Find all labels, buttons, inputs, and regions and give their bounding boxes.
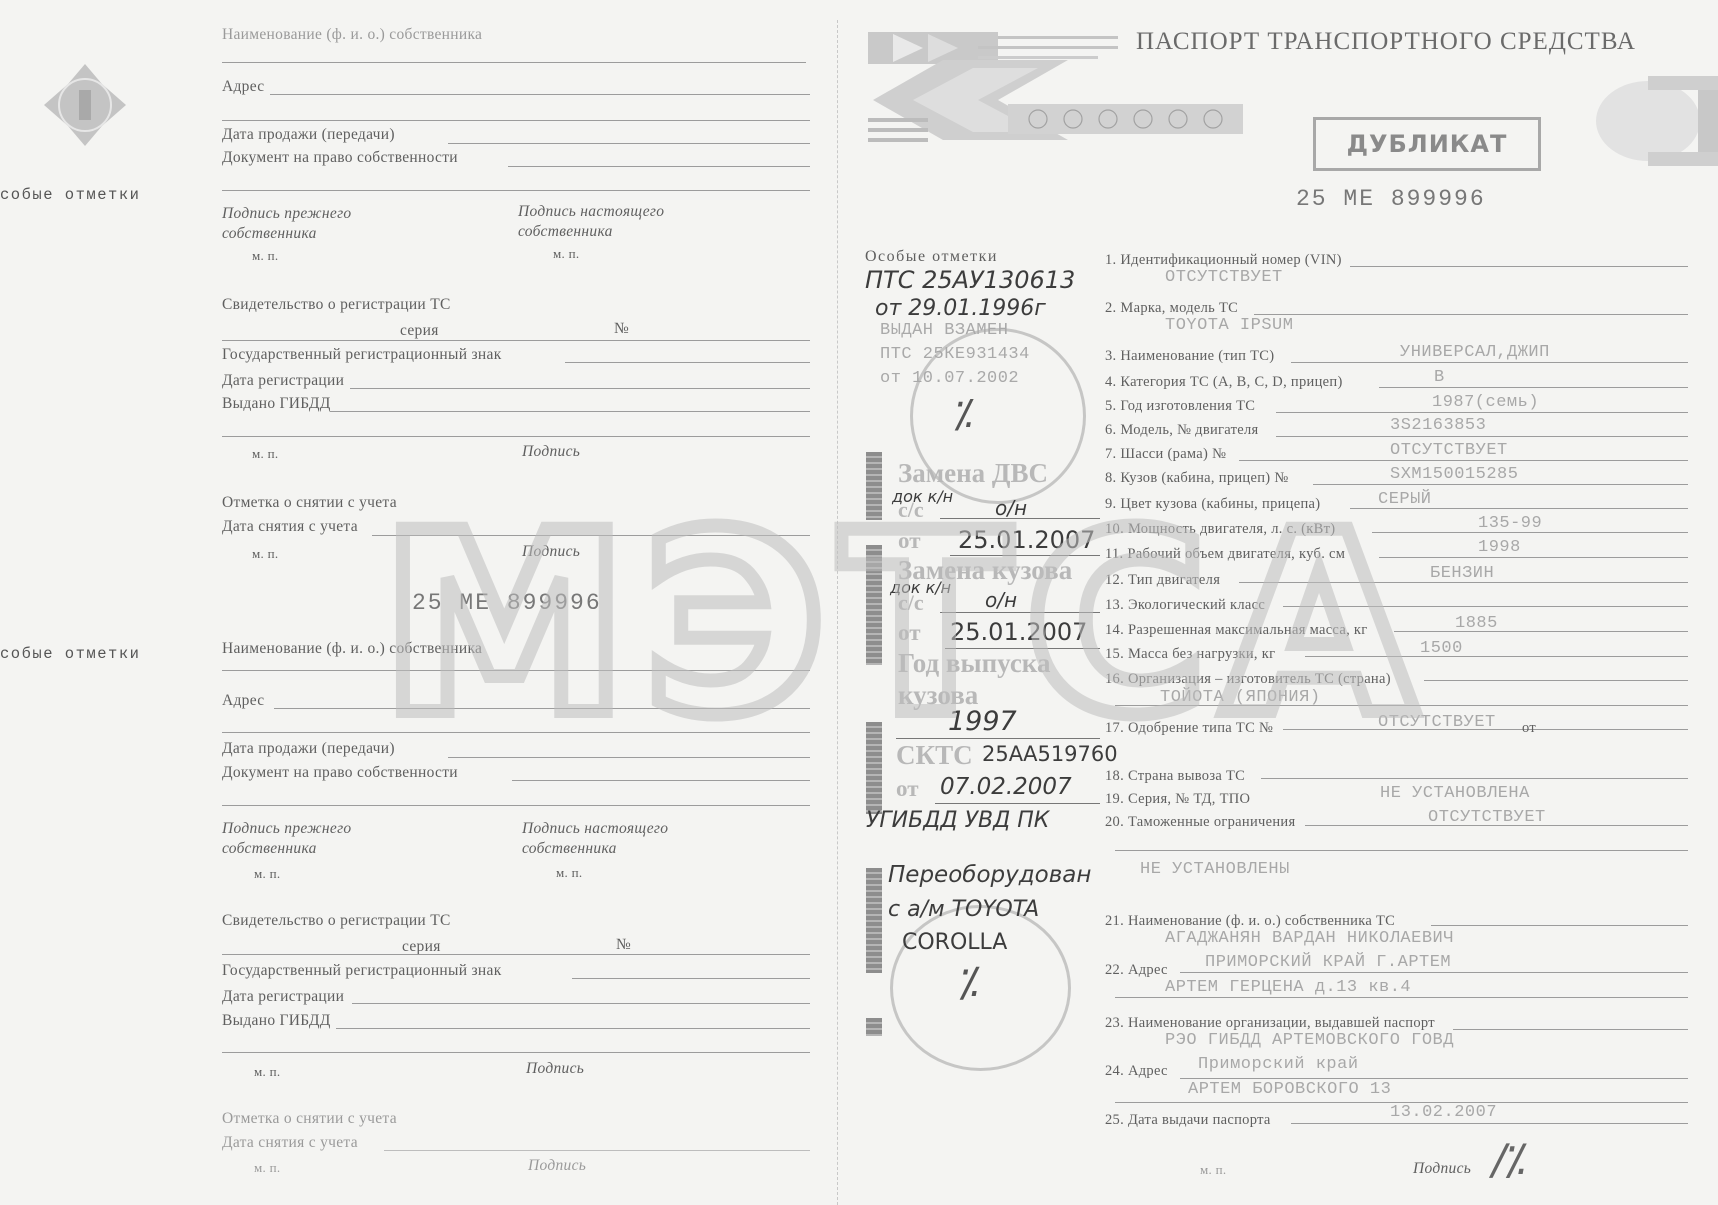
sale-date-label: Дата продажи (передачи) <box>222 126 395 144</box>
field-value-continued: АРТЕМ ГЕРЦЕНА д.13 кв.4 <box>1165 978 1411 997</box>
passport-serial-number: 25 МЕ 899996 <box>1296 186 1486 212</box>
reg-date-field[interactable] <box>350 388 810 389</box>
signature-label: Подпись <box>522 443 580 461</box>
field-line <box>1115 850 1688 851</box>
field-value: 1987(семь) <box>1432 393 1539 412</box>
stamp-strip <box>866 1018 882 1036</box>
issued-by-label: Выдано ГИБДД <box>222 1012 331 1030</box>
field-label: 6. Модель, № двигателя <box>1105 422 1259 439</box>
field-label: 21. Наименование (ф. и. о.) собственника… <box>1105 913 1395 930</box>
address-label: Адрес <box>222 78 264 96</box>
reg-plate-label: Государственный регистрационный знак <box>222 962 502 980</box>
dereg-mark-label: Отметка о снятии с учета <box>222 494 397 512</box>
field-line[interactable] <box>1180 972 1688 973</box>
field-value: ОТСУТСТВУЕТ <box>1428 808 1546 827</box>
field-label: 24. Адрес <box>1105 1063 1168 1080</box>
sale-date-label: Дата продажи (передачи) <box>222 740 395 758</box>
special-marks-heading: Особые отметки <box>865 248 998 266</box>
issuer-signature-scribble: ∕⁒ <box>1492 1135 1525 1184</box>
reg-plate-field[interactable] <box>565 362 810 363</box>
footer-signature-label: Подпись <box>1413 1160 1471 1178</box>
field-line[interactable] <box>1424 680 1688 681</box>
dereg-mark-label: Отметка о снятии с учета <box>222 1110 397 1128</box>
handwritten-old-pts-date: от 29.01.1996г <box>875 296 1046 321</box>
handwritten-old-pts: ПТС 25АУ130613 <box>865 266 1075 294</box>
field-label: 23. Наименование организации, выдавшей п… <box>1105 1015 1435 1032</box>
field-value: 13.02.2007 <box>1390 1103 1497 1122</box>
field-value-continued: НЕ УСТАНОВЛЕНЫ <box>1140 860 1290 879</box>
field-value: TOYOTA IPSUM <box>1165 316 1293 335</box>
field-value: БЕНЗИН <box>1430 564 1494 583</box>
signature-scribble: ⁒ <box>960 960 978 1006</box>
sale-date-field[interactable] <box>448 143 810 144</box>
field-value: ОТСУТСТВУЕТ <box>1165 268 1283 287</box>
field-label: 25. Дата выдачи паспорта <box>1105 1112 1271 1129</box>
field-value: АГАДЖАНЯН ВАРДАН НИКОЛАЕВИЧ <box>1165 929 1454 948</box>
sktc-date: 07.02.2007 <box>940 774 1072 800</box>
field-value: Приморский край <box>1198 1055 1359 1074</box>
corner-emblem-graphic <box>1578 76 1718 166</box>
signature-label: Подпись <box>526 1060 584 1078</box>
series-label: серия <box>400 322 439 340</box>
previous-pts-date: от 10.07.2002 <box>880 369 1019 388</box>
document-title: ПАСПОРТ ТРАНСПОРТНОГО СРЕДСТВА <box>1136 28 1636 56</box>
field-label: 1. Идентификационный номер (VIN) <box>1105 252 1342 269</box>
field-suffix: от <box>1522 720 1536 737</box>
field-label: 3. Наименование (тип ТС) <box>1105 348 1274 365</box>
field-line[interactable] <box>1239 460 1688 461</box>
issued-instead-label: ВЫДАН ВЗАМЕН <box>880 321 1008 340</box>
issued-by-label: Выдано ГИБДД <box>222 395 331 413</box>
field-label: 4. Категория ТС (А, В, С, D, прицеп) <box>1105 374 1343 391</box>
address-field[interactable] <box>270 94 810 95</box>
field-label: 2. Марка, модель ТС <box>1105 300 1238 317</box>
field-line[interactable] <box>1379 387 1688 388</box>
reg-date-label: Дата регистрации <box>222 372 344 390</box>
field-value-continued: АРТЕМ БОРОВСКОГО 13 <box>1188 1080 1391 1099</box>
field-line[interactable] <box>1276 436 1688 437</box>
field-line[interactable] <box>1261 778 1688 779</box>
number-label: № <box>616 936 631 954</box>
field-line[interactable] <box>1276 412 1688 413</box>
field-line[interactable] <box>1394 631 1688 632</box>
field-value: ОТСУТСТВУЕТ <box>1390 441 1508 460</box>
address-label: Адрес <box>222 692 264 710</box>
field-line[interactable] <box>1180 1078 1688 1079</box>
number-label: № <box>614 320 629 338</box>
special-marks-label: собые отметки <box>0 645 140 663</box>
conversion-note: Переоборудован <box>888 862 1091 888</box>
cur-owner-sig-label: Подпись настоящего <box>518 203 664 221</box>
field-value: РЭО ГИБДД АРТЕМОВСКОГО ГОВД <box>1165 1031 1454 1050</box>
special-marks-label: собые отметки <box>0 186 140 204</box>
prev-owner-sig-label: Подпись прежнего <box>222 205 351 223</box>
field-label: 22. Адрес <box>1105 962 1168 979</box>
ownership-doc-field[interactable] <box>512 780 810 781</box>
field-value: 3S2163853 <box>1390 416 1486 435</box>
issued-by-field[interactable] <box>330 411 810 412</box>
field-line <box>1115 997 1688 998</box>
reg-date-field[interactable] <box>352 1003 810 1004</box>
ownership-doc-field[interactable] <box>508 166 810 167</box>
field-line[interactable] <box>1254 314 1688 315</box>
field-value: НЕ УСТАНОВЛЕНА <box>1380 784 1530 803</box>
emblem-seal-icon <box>42 62 128 148</box>
field-label: 18. Страна вывоза ТС <box>1105 768 1245 785</box>
field-label: 7. Шасси (рама) № <box>1105 446 1226 463</box>
reg-plate-label: Государственный регистрационный знак <box>222 346 502 364</box>
field-line[interactable] <box>1350 266 1688 267</box>
reg-cert-label: Свидетельство о регистрации ТС <box>222 912 451 930</box>
stamp-strip <box>866 868 882 973</box>
dereg-date-label: Дата снятия с учета <box>222 518 358 536</box>
field-line[interactable] <box>1453 1029 1688 1030</box>
reg-date-label: Дата регистрации <box>222 988 344 1006</box>
field-value: В <box>1434 368 1445 387</box>
dereg-date-field[interactable] <box>384 1150 810 1151</box>
field-value: ПРИМОРСКИЙ КРАЙ Г.АРТЕМ <box>1205 953 1451 972</box>
field-value: 135-99 <box>1478 514 1542 533</box>
field-value: 1998 <box>1478 538 1521 557</box>
field-value: УНИВЕРСАЛ,ДЖИП <box>1400 343 1550 362</box>
signature-scribble: ⁒ <box>955 392 972 436</box>
field-label: 19. Серия, № ТД, ТПО <box>1105 791 1250 808</box>
prev-owner-sig-label: Подпись прежнего <box>222 820 351 838</box>
field-value: 1885 <box>1455 614 1498 633</box>
ownership-doc-label: Документ на право собственности <box>222 149 458 167</box>
watermark: МЭТСА <box>380 500 1430 750</box>
owner-name-label: Наименование (ф. и. о.) собственника <box>222 26 482 44</box>
field-line[interactable] <box>1431 925 1688 926</box>
field-label: 20. Таможенные ограничения <box>1105 814 1295 831</box>
field-line[interactable] <box>1291 362 1688 363</box>
previous-pts-number: ПТС 25КЕ931434 <box>880 345 1030 364</box>
issued-by-field[interactable] <box>336 1028 810 1029</box>
field-line[interactable] <box>1291 1123 1688 1124</box>
issuing-authority-hand: УГИБДД УВД ПК <box>866 808 1049 833</box>
cur-owner-sig-label: Подпись настоящего <box>522 820 668 838</box>
dereg-date-label: Дата снятия с учета <box>222 1134 358 1152</box>
duplicate-stamp: ДУБЛИКАТ <box>1313 117 1541 171</box>
reg-cert-label: Свидетельство о регистрации ТС <box>222 296 451 314</box>
reg-plate-field[interactable] <box>572 978 810 979</box>
footer-mp: м. п. <box>1200 1162 1226 1178</box>
field-label: 5. Год изготовления ТС <box>1105 398 1255 415</box>
